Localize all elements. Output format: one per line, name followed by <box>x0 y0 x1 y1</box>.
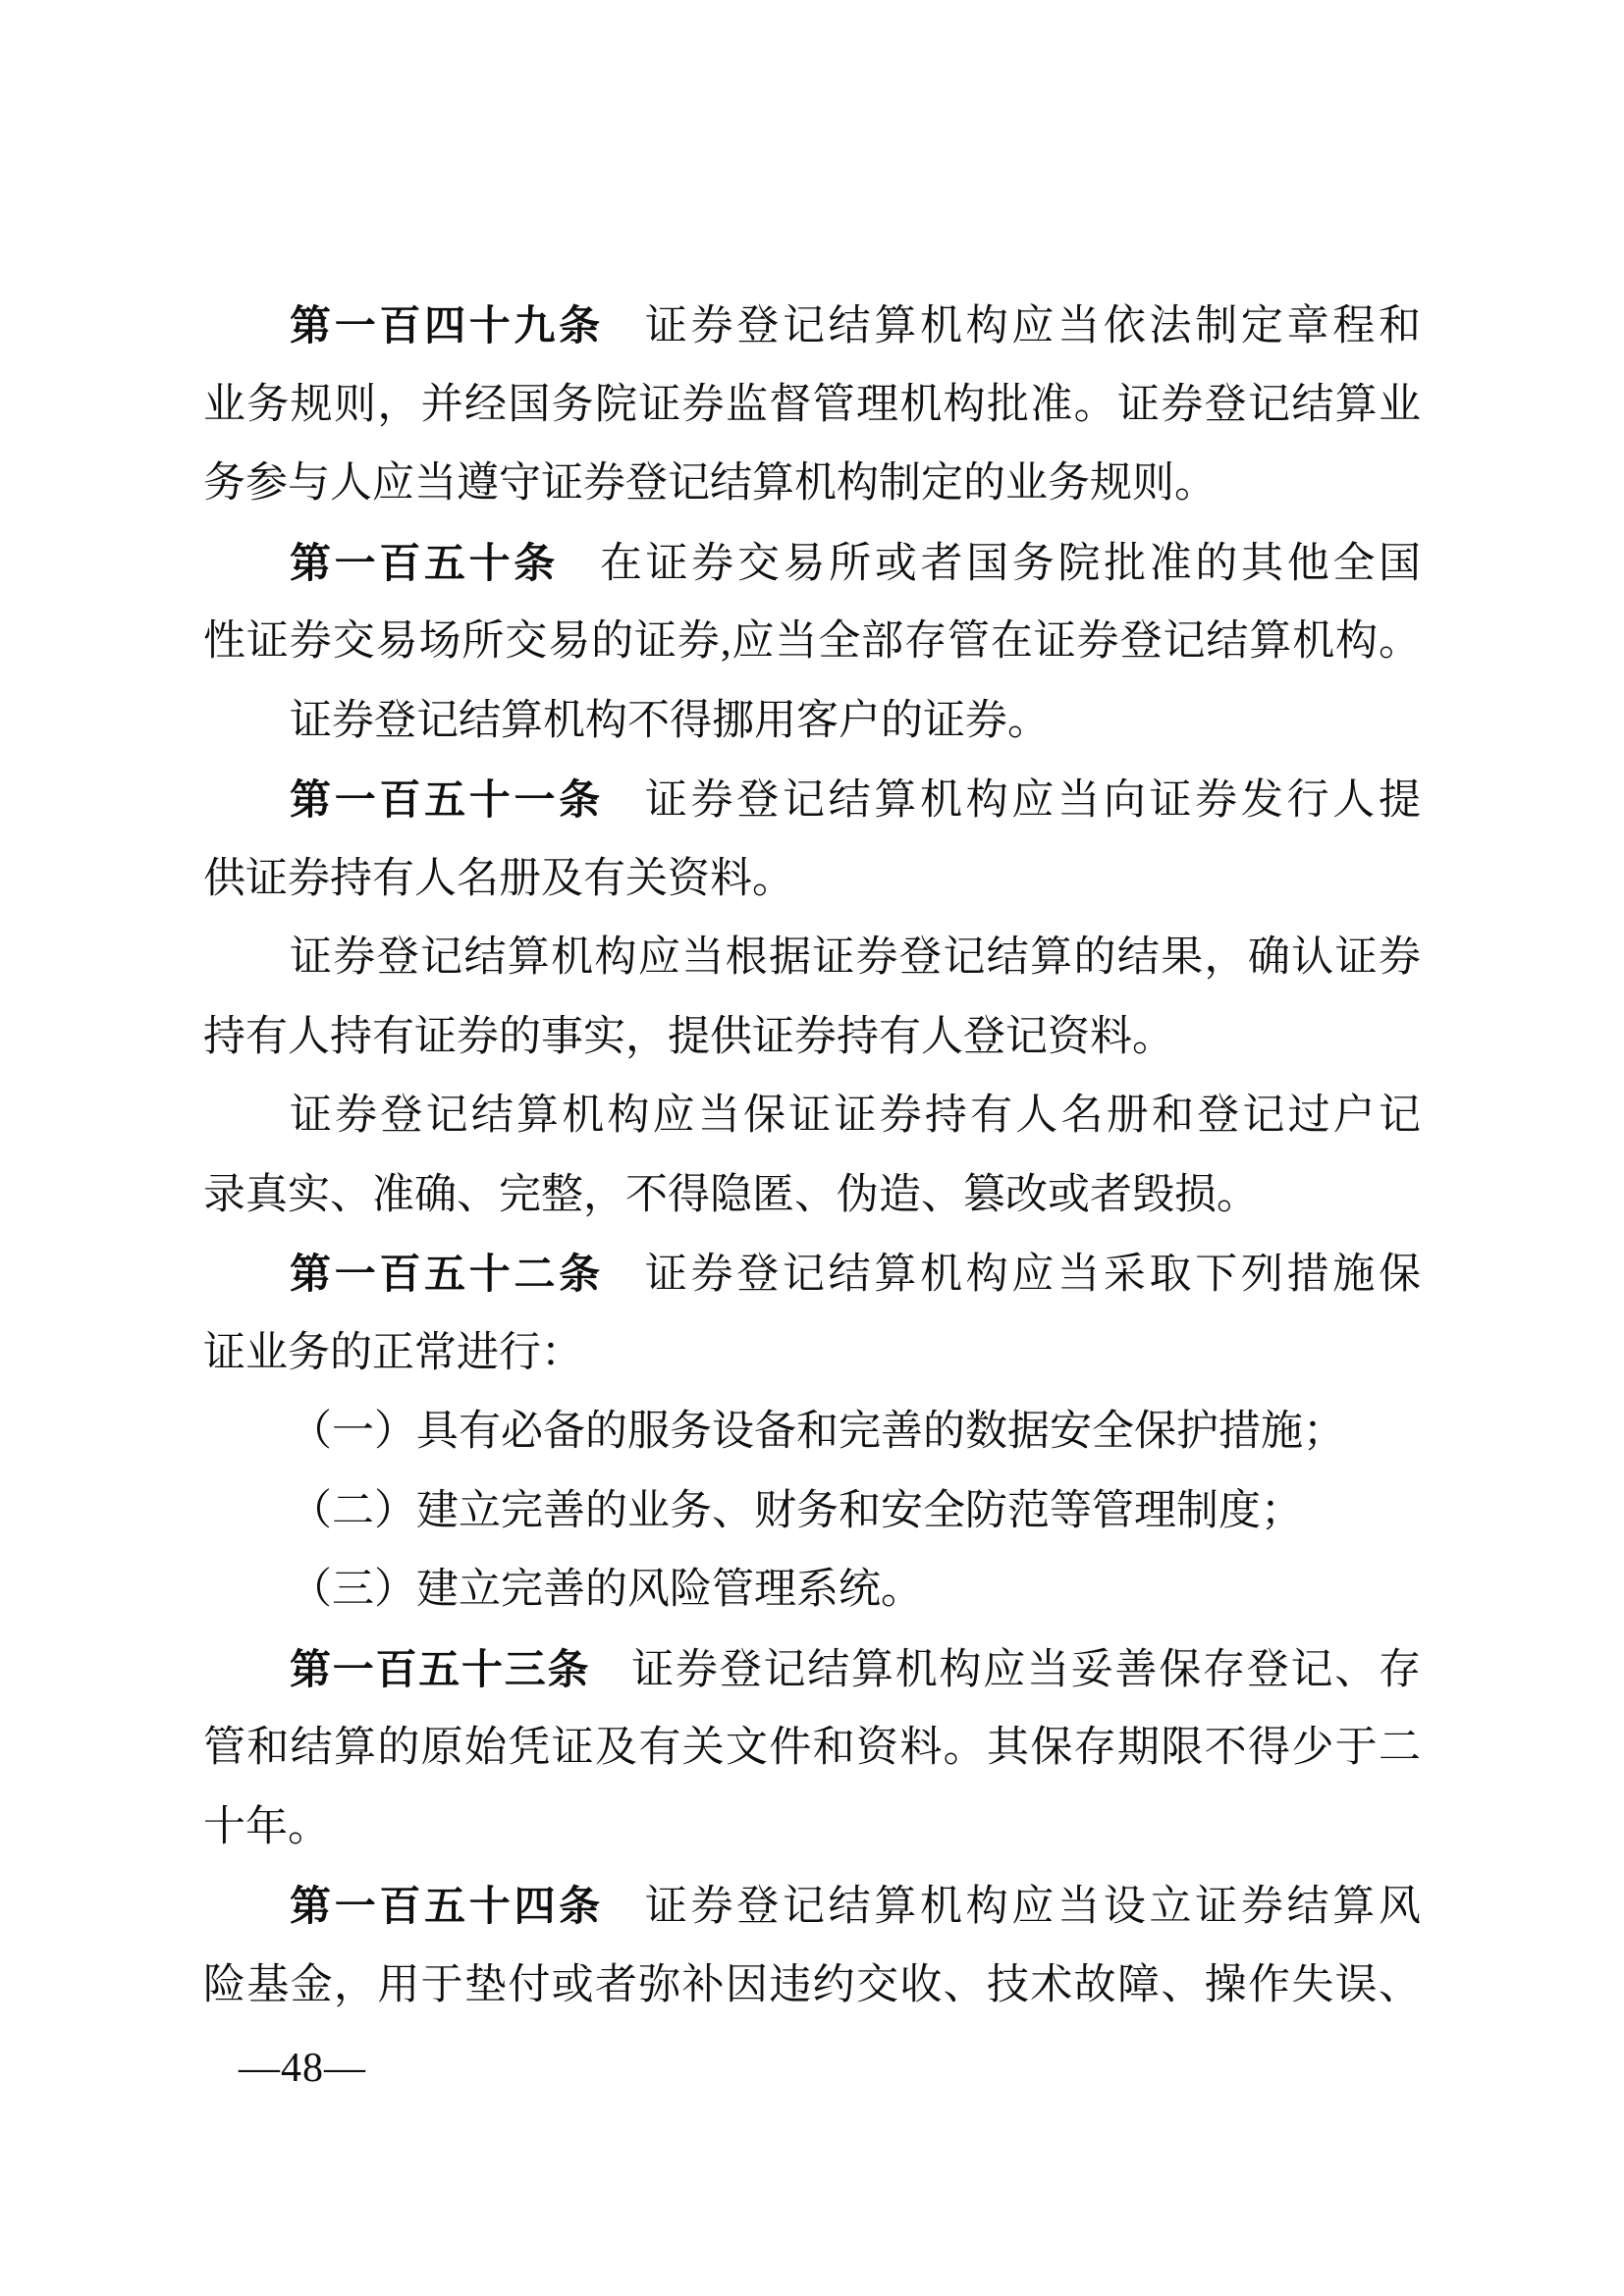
line-text: 证券登记结算机构应当根据证券登记结算的结果，确认证券 <box>290 934 1421 981</box>
line-text: 证券登记结算机构应当依法制定章程和 <box>645 303 1421 349</box>
text-line: （二）建立完善的业务、财务和安全防范等管理制度； <box>203 1472 1421 1552</box>
text-line: 务参与人应当遵守证券登记结算机构制定的业务规则。 <box>203 445 1421 524</box>
line-text: 持有人持有证券的事实，提供证券持有人登记资料。 <box>203 1014 1174 1060</box>
text-line: （一）具有必备的服务设备和完善的数据安全保护措施； <box>203 1393 1421 1472</box>
line-text: （二）建立完善的业务、财务和安全防范等管理制度； <box>290 1488 1303 1534</box>
text-line: 录真实、准确、完整，不得隐匿、伪造、篡改或者毁损。 <box>203 1156 1421 1236</box>
text-line: 第一百五十一条证券登记结算机构应当向证券发行人提 <box>203 761 1421 840</box>
text-line: 证券登记结算机构不得挪用客户的证券。 <box>203 682 1421 762</box>
text-line: 十年。 <box>203 1789 1421 1868</box>
line-text: 证券登记结算机构应当向证券发行人提 <box>645 777 1421 824</box>
line-text: 证券登记结算机构应当采取下列措施保 <box>645 1252 1421 1298</box>
line-text: 证券登记结算机构不得挪用客户的证券。 <box>290 698 1050 744</box>
line-text: 证券登记结算机构应当妥善保存登记、存 <box>631 1647 1421 1693</box>
line-text: 业务规则，并经国务院证券监督管理机构批准。证券登记结算业 <box>203 382 1421 428</box>
article-number: 第一百五十二条 <box>290 1251 604 1297</box>
line-text: 录真实、准确、完整，不得隐匿、伪造、篡改或者毁损。 <box>203 1172 1259 1218</box>
text-line: 管和结算的原始凭证及有关文件和资料。其保存期限不得少于二 <box>203 1709 1421 1789</box>
text-line: 第一百五十二条证券登记结算机构应当采取下列措施保 <box>203 1235 1421 1314</box>
text-line: 第一百四十九条证券登记结算机构应当依法制定章程和 <box>203 287 1421 366</box>
text-line: 第一百五十四条证券登记结算机构应当设立证券结算风 <box>203 1867 1421 1947</box>
page-number: —48— <box>239 2046 366 2091</box>
document-body: 第一百四十九条证券登记结算机构应当依法制定章程和 业务规则，并经国务院证券监督管… <box>203 287 1421 2025</box>
text-line: 险基金，用于垫付或者弥补因违约交收、技术故障、操作失误、 <box>203 1947 1421 2026</box>
article-number: 第一百四十九条 <box>290 302 604 348</box>
text-line: 第一百五十条在证券交易所或者国务院批准的其他全国 <box>203 524 1421 604</box>
line-text: 险基金，用于垫付或者弥补因违约交收、技术故障、操作失误、 <box>203 1962 1421 2008</box>
text-line: 证业务的正常进行： <box>203 1314 1421 1394</box>
line-text: 证券登记结算机构应当保证证券持有人名册和登记过户记 <box>290 1093 1421 1139</box>
text-line: 性证券交易场所交易的证券,应当全部存管在证券登记结算机构。 <box>203 603 1421 682</box>
text-line: 业务规则，并经国务院证券监督管理机构批准。证券登记结算业 <box>203 366 1421 446</box>
line-text: 性证券交易场所交易的证券,应当全部存管在证券登记结算机构。 <box>203 618 1421 665</box>
line-text: 十年。 <box>203 1804 330 1850</box>
article-number: 第一百五十一条 <box>290 776 604 823</box>
text-line: 供证券持有人名册及有关资料。 <box>203 840 1421 920</box>
line-text: 证券登记结算机构应当设立证券结算风 <box>645 1884 1421 1930</box>
article-number: 第一百五十条 <box>290 540 559 586</box>
line-text: （三）建立完善的风险管理系统。 <box>290 1567 923 1613</box>
text-line: 持有人持有证券的事实，提供证券持有人登记资料。 <box>203 998 1421 1078</box>
document-page: 第一百四十九条证券登记结算机构应当依法制定章程和 业务规则，并经国务院证券监督管… <box>0 0 1624 2296</box>
line-text: （一）具有必备的服务设备和完善的数据安全保护措施； <box>290 1409 1345 1455</box>
line-text: 供证券持有人名册及有关资料。 <box>203 856 794 902</box>
line-text: 在证券交易所或者国务院批准的其他全国 <box>600 541 1421 587</box>
text-line: 证券登记结算机构应当保证证券持有人名册和登记过户记 <box>203 1077 1421 1156</box>
line-text: 管和结算的原始凭证及有关文件和资料。其保存期限不得少于二 <box>203 1725 1421 1771</box>
text-line: 证券登记结算机构应当根据证券登记结算的结果，确认证券 <box>203 919 1421 998</box>
text-line: （三）建立完善的风险管理系统。 <box>203 1551 1421 1630</box>
line-text: 务参与人应当遵守证券登记结算机构制定的业务规则。 <box>203 460 1217 507</box>
article-number: 第一百五十三条 <box>290 1646 590 1692</box>
text-line: 第一百五十三条证券登记结算机构应当妥善保存登记、存 <box>203 1630 1421 1710</box>
article-number: 第一百五十四条 <box>290 1883 604 1929</box>
line-text: 证业务的正常进行： <box>203 1330 583 1376</box>
